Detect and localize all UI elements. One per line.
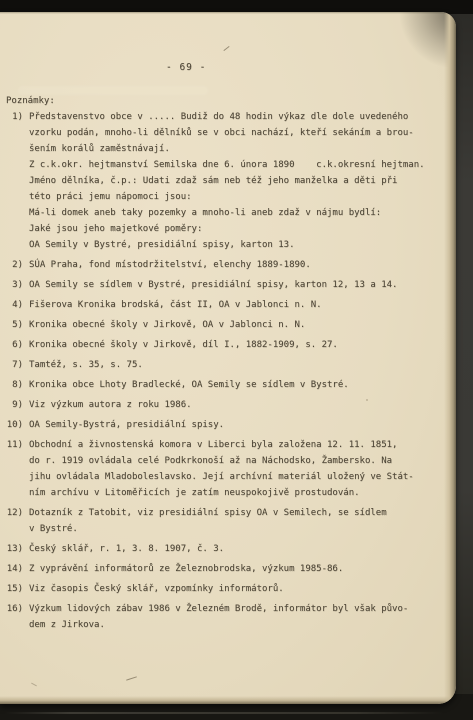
note-line: v Bystré. xyxy=(29,521,387,537)
note-row: 10)OA Semily-Bystrá, presidiální spisy. xyxy=(2,417,432,433)
note-line: OA Semily se sídlem v Bystré, presidiáln… xyxy=(29,277,397,293)
note-line: do r. 1919 ovládala celé Podkrkonoší až … xyxy=(29,453,414,469)
note-line: dem z Jirkova. xyxy=(29,617,408,633)
note-line: šením korálů zaměstnávají. xyxy=(29,141,425,157)
note-text: Tamtéž, s. 35, s. 75. xyxy=(29,357,143,373)
note-number: 4) xyxy=(2,297,23,313)
note-number: 12) xyxy=(2,505,23,537)
note-text: OA Semily-Bystrá, presidiální spisy. xyxy=(29,417,224,433)
note-row: 7)Tamtéž, s. 35, s. 75. xyxy=(2,357,432,373)
note-text: Fišerova Kronika brodská, část II, OA v … xyxy=(29,297,322,313)
note-line: Kronika obecné školy v Jirkově, OA v Jab… xyxy=(29,317,305,333)
note-number: 6) xyxy=(2,337,23,353)
note-number: 7) xyxy=(2,357,23,373)
note-number: 14) xyxy=(2,561,23,577)
note-text: Z vyprávění informátorů ze Železnobrodsk… xyxy=(29,561,343,577)
note-row: 15)Viz časopis Český sklář, vzpomínky in… xyxy=(2,581,432,597)
note-number: 11) xyxy=(2,437,23,501)
note-line: Viz časopis Český sklář, vzpomínky infor… xyxy=(29,581,284,597)
page-content: Poznámky: 1)Představenstvo obce v ..... … xyxy=(2,93,432,637)
note-number: 10) xyxy=(2,417,23,433)
book-page: - 69 - Poznámky: 1)Představenstvo obce v… xyxy=(0,12,456,704)
note-line: Z c.k.okr. hejtmanství Semilska dne 6. ú… xyxy=(29,157,425,173)
scanned-document-photo: - 69 - Poznámky: 1)Představenstvo obce v… xyxy=(0,0,473,720)
note-text: SÚA Praha, fond místodržitelství, elench… xyxy=(29,257,311,273)
note-number: 5) xyxy=(2,317,23,333)
note-line: Tamtéž, s. 35, s. 75. xyxy=(29,357,143,373)
note-row: 3)OA Semily se sídlem v Bystré, presidiá… xyxy=(2,277,432,293)
note-text: Viz časopis Český sklář, vzpomínky infor… xyxy=(29,581,284,597)
note-number: 2) xyxy=(2,257,23,273)
page-stack-shadow-line xyxy=(4,712,444,714)
note-number: 8) xyxy=(2,377,23,393)
note-text: Viz výzkum autora z roku 1986. xyxy=(29,397,192,413)
note-line: Obchodní a živnostenská komora v Liberci… xyxy=(29,437,414,453)
note-text: OA Semily se sídlem v Bystré, presidiáln… xyxy=(29,277,397,293)
note-number: 3) xyxy=(2,277,23,293)
note-row: 1)Představenstvo obce v ..... Budiž do 4… xyxy=(2,109,432,253)
note-line: Fišerova Kronika brodská, část II, OA v … xyxy=(29,297,322,313)
note-text: Kronika obce Lhoty Bradlecké, OA Semily … xyxy=(29,377,349,393)
note-line: Jméno dělníka, č.p.: Udati zdaž sám neb … xyxy=(29,173,425,189)
page-top-edge xyxy=(0,12,456,14)
note-text: Dotazník z Tatobit, viz presidiální spis… xyxy=(29,505,387,537)
note-line: Má-li domek aneb taky pozemky a mnoho-li… xyxy=(29,205,425,221)
note-row: 16)Výzkum lidových zábav 1986 v Železném… xyxy=(2,601,432,633)
page-number: - 69 - xyxy=(166,62,206,73)
note-row: 11)Obchodní a živnostenská komora v Libe… xyxy=(2,437,432,501)
dust-speck xyxy=(366,399,368,401)
note-line: Dotazník z Tatobit, viz presidiální spis… xyxy=(29,505,387,521)
note-line: Kronika obce Lhoty Bradlecké, OA Semily … xyxy=(29,377,349,393)
note-row: 13)Český sklář, r. 1, 3. 8. 1907, č. 3. xyxy=(2,541,432,557)
note-number: 15) xyxy=(2,581,23,597)
note-line: Jaké jsou jeho majetkové poměry: xyxy=(29,221,425,237)
note-line: Výzkum lidových zábav 1986 v Železném Br… xyxy=(29,601,408,617)
note-line: Kronika obecné školy v Jirkově, díl I., … xyxy=(29,337,338,353)
note-row: 6)Kronika obecné školy v Jirkově, díl I.… xyxy=(2,337,432,353)
note-line: jihu ovládala Mladoboleslavsko. Její arc… xyxy=(29,469,414,485)
note-row: 2)SÚA Praha, fond místodržitelství, elen… xyxy=(2,257,432,273)
note-text: Obchodní a živnostenská komora v Liberci… xyxy=(29,437,414,501)
note-line: této práci jemu nápomoci jsou: xyxy=(29,189,425,205)
note-text: Výzkum lidových zábav 1986 v Železném Br… xyxy=(29,601,408,633)
note-text: Český sklář, r. 1, 3. 8. 1907, č. 3. xyxy=(29,541,224,557)
note-row: 14)Z vyprávění informátorů ze Železnobro… xyxy=(2,561,432,577)
note-line: SÚA Praha, fond místodržitelství, elench… xyxy=(29,257,311,273)
notes-heading: Poznámky: xyxy=(2,93,432,109)
note-line: OA Semily v Bystré, presidiální spisy, k… xyxy=(29,237,425,253)
note-row: 8)Kronika obce Lhoty Bradlecké, OA Semil… xyxy=(2,377,432,393)
note-number: 9) xyxy=(2,397,23,413)
note-line: Viz výzkum autora z roku 1986. xyxy=(29,397,192,413)
note-line: vzorku podán, mnoho-li dělníků se v obci… xyxy=(29,125,425,141)
note-line: Český sklář, r. 1, 3. 8. 1907, č. 3. xyxy=(29,541,224,557)
page-bottom-edge xyxy=(0,696,456,704)
note-row: 4)Fišerova Kronika brodská, část II, OA … xyxy=(2,297,432,313)
note-text: Představenstvo obce v ..... Budiž do 48 … xyxy=(29,109,425,253)
note-text: Kronika obecné školy v Jirkově, díl I., … xyxy=(29,337,338,353)
note-number: 16) xyxy=(2,601,23,633)
note-line: ním archívu v Litoměřicích je zatím neus… xyxy=(29,485,414,501)
note-line: Představenstvo obce v ..... Budiž do 48 … xyxy=(29,109,425,125)
note-line: OA Semily-Bystrá, presidiální spisy. xyxy=(29,417,224,433)
note-number: 13) xyxy=(2,541,23,557)
note-text: Kronika obecné školy v Jirkově, OA v Jab… xyxy=(29,317,305,333)
note-row: 5)Kronika obecné školy v Jirkově, OA v J… xyxy=(2,317,432,333)
page-right-edge xyxy=(444,12,456,704)
note-row: 12)Dotazník z Tatobit, viz presidiální s… xyxy=(2,505,432,537)
note-number: 1) xyxy=(2,109,23,253)
note-line: Z vyprávění informátorů ze Železnobrodsk… xyxy=(29,561,343,577)
notes-list: 1)Představenstvo obce v ..... Budiž do 4… xyxy=(2,109,432,633)
